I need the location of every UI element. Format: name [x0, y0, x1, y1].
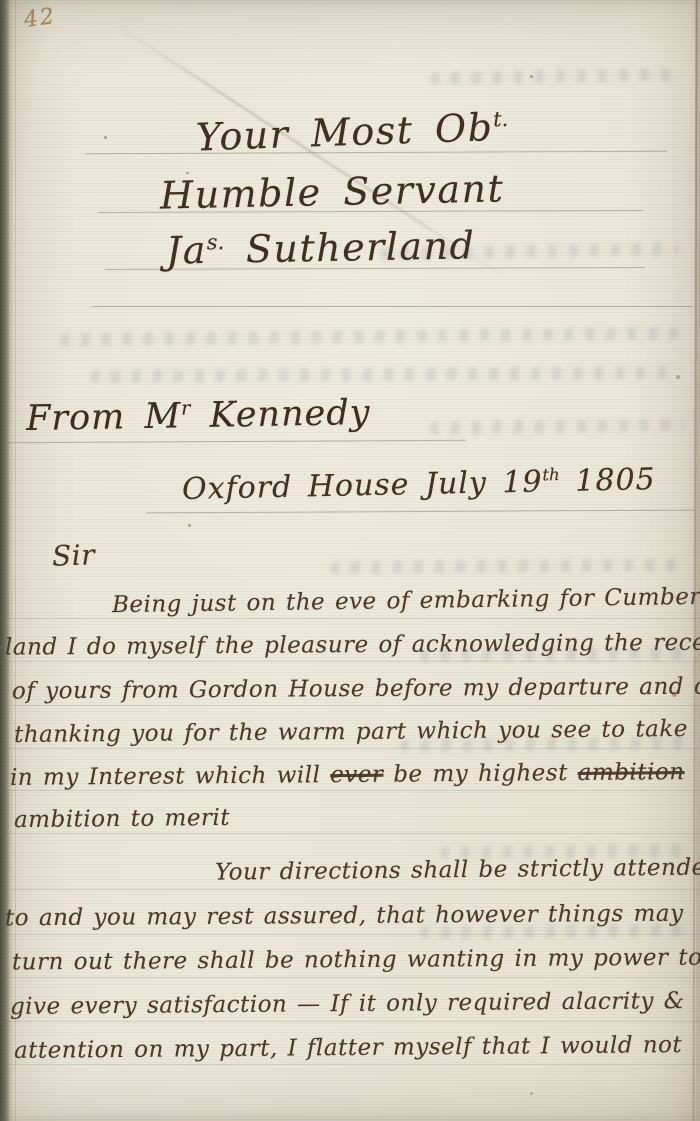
- foxing-speck: [188, 524, 191, 527]
- bleedthrough: [430, 418, 685, 435]
- body-line: attention on my part, I flatter myself t…: [14, 1032, 682, 1064]
- body-line: give every satisfaction — If it only req…: [10, 988, 685, 1020]
- ruled-line: [0, 748, 700, 749]
- body-line: ambition to merit: [14, 805, 230, 833]
- body-line-segment: be my highest: [383, 760, 577, 788]
- dateline-superscript: th: [542, 465, 560, 484]
- struck-word: ever: [330, 762, 383, 788]
- foxing-speck: [676, 375, 680, 379]
- from-line-pre: From M: [26, 396, 182, 439]
- ruled-line: [146, 510, 694, 514]
- manuscript-page: 42 Your Most Obt. Humble Servant Jas. Su…: [0, 0, 700, 1121]
- signature: Jas. Sutherland: [166, 223, 476, 272]
- foxing-speck: [530, 1092, 533, 1095]
- body-line: Your directions shall be strictly attend…: [215, 854, 700, 885]
- ruled-line: [0, 833, 700, 834]
- body-line: in my Interest which will ever be my hig…: [10, 759, 685, 791]
- from-line: From Mr Kennedy: [26, 393, 371, 439]
- bleedthrough: [90, 366, 680, 383]
- ruled-line: [0, 661, 700, 662]
- body-line: thanking you for the warm part which you…: [14, 716, 688, 748]
- dateline-place: Oxford House July 19: [182, 464, 543, 507]
- bleedthrough: [330, 558, 680, 574]
- ruled-line: [0, 618, 700, 619]
- salutation: Sir: [51, 538, 95, 572]
- ruled-line: [0, 977, 700, 978]
- ruled-line: [92, 306, 692, 307]
- foxing-speck: [104, 136, 107, 139]
- ruled-line: [0, 790, 700, 791]
- signature-last: Sutherland: [224, 223, 476, 271]
- bleedthrough: [430, 68, 680, 85]
- from-line-name: Kennedy: [190, 393, 371, 436]
- ruled-line: [0, 889, 700, 890]
- ruled-line: [0, 1021, 700, 1022]
- body-line: of yours from Gordon House before my dep…: [12, 674, 700, 705]
- body-line: land I do myself the pleasure of acknowl…: [5, 629, 700, 660]
- binding-edge: [0, 0, 9, 1121]
- bleedthrough: [60, 327, 680, 346]
- body-line: to and you may rest assured, that howeve…: [5, 901, 684, 932]
- ruled-line: [8, 440, 466, 443]
- closing-line-2: Humble Servant: [160, 166, 505, 217]
- body-line-segment: in my Interest which will: [10, 762, 330, 791]
- struck-word: ambition: [578, 759, 685, 786]
- closing-line-1-superscript: t.: [493, 107, 509, 132]
- foxing-speck: [530, 75, 533, 78]
- body-line: turn out there shall be nothing wanting …: [12, 945, 700, 976]
- ruled-line: [0, 1064, 700, 1065]
- page-number: 42: [22, 4, 57, 33]
- body-line: Being just on the eve of embarking for C…: [112, 584, 700, 618]
- signature-first: Ja: [166, 228, 208, 273]
- ruled-line: [0, 705, 700, 706]
- dateline-year: 1805: [559, 462, 656, 499]
- dateline: Oxford House July 19th 1805: [182, 462, 656, 507]
- ruled-line: [0, 934, 700, 935]
- signature-superscript: s.: [207, 230, 225, 254]
